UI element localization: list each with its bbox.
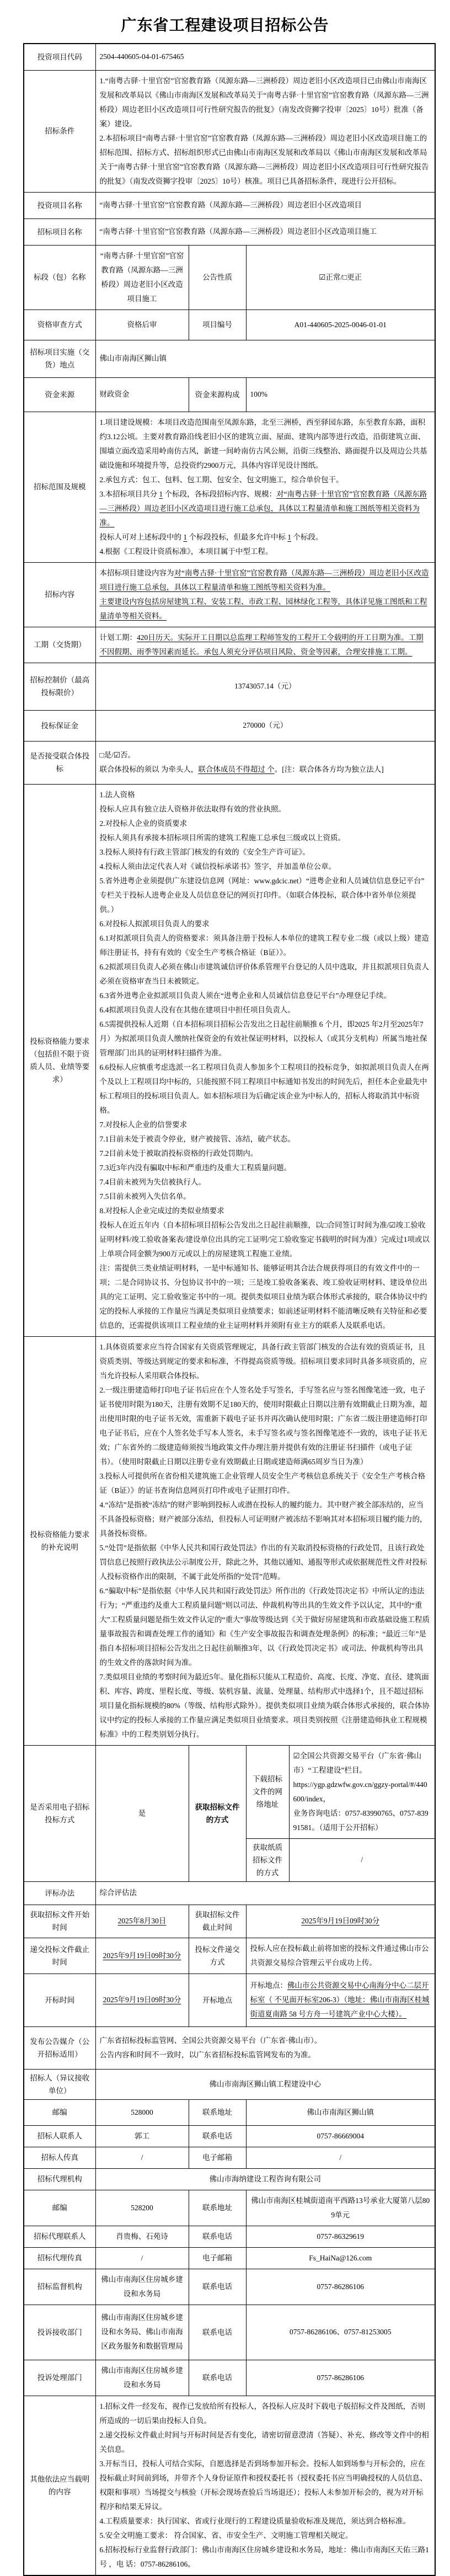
scope-text: 投标人可对上述标段中的 [100, 533, 184, 541]
table-row: 投标保证金 270000（元） [24, 710, 435, 741]
tender-project-name-value: “南粤古驿·十里官窑”官窑教育路（凤源东路—三洲桥段）周边老旧小区改造项目施工 [95, 218, 435, 245]
agency-value: 佛山市海纳建设工程咨询有限公司 [95, 2168, 435, 2190]
table-row: 招标代理机构 佛山市海纳建设工程咨询有限公司 [24, 2168, 435, 2190]
table-row: 招标条件 1.“南粤古驿·十里官窑”官窑教育路（凤源东路—三洲桥段）周边老旧小区… [24, 70, 435, 192]
project-code-value: 2504-440605-04-01-675465 [95, 44, 435, 70]
agency-email-value: Fs_HaiNa@126.com [246, 2247, 435, 2269]
agency-contact-label: 招标代理联系人 [24, 2226, 95, 2247]
evaluation-method-value: 综合评估法 [95, 1881, 435, 1905]
opening-time-date: 2025年9月19日09时30分 [103, 1996, 181, 2004]
tenderer-contact-value: 郭工 [95, 2125, 189, 2147]
complaint-receiving-phone-label: 联系电话 [189, 2305, 246, 2360]
qualification-review-value: 资格后审 [95, 310, 189, 340]
table-row: 是否接受联合体投标 □是/☑否。 联合体投标的须以 为牵头人，联合体成员不得超过… [24, 741, 435, 784]
supervision-phone-label: 联系电话 [189, 2269, 246, 2305]
funding-composition-value: 100% [246, 377, 435, 412]
tender-conditions-label: 招标条件 [24, 70, 95, 192]
tenderer-phone-value: 0757-86669004 [246, 2125, 435, 2147]
supervision-agency-label: 招标监督机构 [24, 2269, 95, 2305]
table-row: 获取招标文件开始时间 2025年8月30日 获取招标文件截止时间 2025年9月… [24, 1905, 435, 1938]
download-url-label: 下载招标文件的网络地址 [246, 1745, 289, 1838]
tenderer-contact-label: 招标人联系人 [24, 2125, 95, 2147]
table-row: 邮编 528200 联系地址 佛山市南海区桂城街道南平西路13号承业大厦第八层8… [24, 2190, 435, 2226]
tenderer-label: 招标人（异议接收单位） [24, 2069, 95, 2099]
submission-method-label: 投标文件递交方式 [189, 1938, 246, 1974]
table-row: 招标代理传真 / 电子邮箱 Fs_HaiNa@126.com [24, 2247, 435, 2269]
agency-email-label: 电子邮箱 [189, 2247, 246, 2269]
agency-address-value: 佛山市南海区桂城街道南平西路13号承业大厦第八层809单元 [246, 2190, 435, 2226]
tender-content-value: 本招标项目建设内容为对“南粤古驿·十里官窑”官窑教育路（凤源东路—三洲桥段）周边… [95, 562, 435, 627]
complaint-receiving-value: 佛山市南海区住房城乡建设和水务局、佛山市南海区政务服务和数据管理局 [95, 2305, 189, 2360]
funding-source-label: 资金来源 [24, 377, 95, 412]
complaint-handling-phone-value: 0757-86286106 [246, 2360, 435, 2396]
table-row: 标段（包）名称 “南粤古驿·十里官窑”官窑教育路（凤源东路—三洲桥段）周边老旧小… [24, 245, 435, 310]
table-row: 工期（交货期） 计划工期：420日历天。实际开工日期以总监理工程师签发的工程开工… [24, 627, 435, 663]
supplementary-notes-label: 投标资格能力要求的补充说明 [24, 1336, 95, 1745]
price-ceiling-value: 13743057.14（元） [95, 663, 435, 710]
qualification-requirements-value: 1.法人资格 投标人应具有独立法人资格并依法取得有效的营业执照。 2.对投标人企… [95, 784, 435, 1336]
scope-value: 1.项目建设规模：本项目改造范围南至凤源东路，北至三洲桥，西至驿园东路，东至教育… [95, 412, 435, 562]
submission-deadline-label: 递交投标文件截止时间 [24, 1938, 95, 1974]
opening-time-value: 2025年9月19日09时30分 [95, 1974, 189, 2026]
duration-label: 工期（交货期） [24, 627, 95, 663]
opening-venue-label: 开标地点 [189, 1974, 246, 2026]
tender-table: 投资项目代码 2504-440605-04-01-675465 招标条件 1.“… [23, 43, 436, 2576]
table-row: 招标人联系人 郭工 联系电话 0757-86669004 [24, 2125, 435, 2147]
delivery-location-value: 佛山市南海区狮山镇 [95, 340, 435, 377]
table-row: 资格审查方式 资格后审 项目编号 A01-440605-2025-0046-01… [24, 310, 435, 340]
consortium-text: 。[注：联合体各方均为独立法人] [275, 765, 384, 774]
supplementary-notes-value: 1.具体资质要求应当符合国家有关资质管理规定，具备行政主管部门核发的合法有效的资… [95, 1336, 435, 1745]
table-row: 招标监督机构 佛山市南海区住房城乡建设和水务局 联系电话 0757-862861… [24, 2269, 435, 2305]
tender-announcement-page: 广东省工程建设项目招标公告 投资项目代码 2504-440605-04-01-6… [0, 0, 450, 2576]
project-code-label: 投资项目代码 [24, 44, 95, 70]
tenderer-email-label: 电子邮箱 [189, 2147, 246, 2168]
e-tender-label: 是否采用电子招标投标方式 [24, 1745, 95, 1881]
agency-phone-value: 0757-86329619 [246, 2226, 435, 2247]
qualification-review-label: 资格审查方式 [24, 310, 95, 340]
investment-project-name-value: “南粤古驿·十里官窑”官窑教育路（凤源东路—三洲桥段）周边老旧小区改造项目 [95, 192, 435, 218]
duration-prefix: 计划工期： [100, 633, 137, 642]
complaint-receiving-phone-value: 0757-86286106、0757-81253005 [246, 2305, 435, 2360]
tenderer-email-value: / [246, 2147, 435, 2168]
table-row: 资金来源 财政资金 资金来源构成 100% [24, 377, 435, 412]
paper-documents-value: / [289, 1838, 435, 1881]
consortium-label: 是否接受联合体投标 [24, 741, 95, 784]
table-row: 投资项目代码 2504-440605-04-01-675465 [24, 44, 435, 70]
section-name-label: 标段（包）名称 [24, 245, 95, 310]
table-row: 投标资格能力要求的补充说明 1.具体资质要求应当符合国家有关资质管理规定，具备行… [24, 1336, 435, 1745]
agency-fax-value: / [95, 2247, 189, 2269]
opening-venue-value: 开标地点：佛山市公共资源交易中心南海分中心二层开标室（ 不见面开标室206-3）… [246, 1974, 435, 2026]
tenderer-address-label: 联系地址 [189, 2099, 246, 2125]
table-row: 开标时间 2025年9月19日09时30分 开标地点 开标地点：佛山市公共资源交… [24, 1974, 435, 2026]
bid-deposit-label: 投标保证金 [24, 710, 95, 741]
table-row: 其他依法应当载明的内容 1.招标文件一经发布，视作已发放给所有投标人，各投标人应… [24, 2396, 435, 2575]
complaint-receiving-label: 投诉接收部门 [24, 2305, 95, 2360]
supervision-agency-value: 佛山市南海区住房城乡建设和水务局 [95, 2269, 189, 2305]
notice-nature-checkbox-value: ☑正常/□更正 [246, 245, 435, 310]
investment-project-name-label: 投资项目名称 [24, 192, 95, 218]
consortium-underlined: 联合体成员不得超过 个 [198, 765, 274, 774]
table-row: 招标项目实施（交货）地点 佛山市南海区狮山镇 [24, 340, 435, 377]
agency-contact-value: 肖贵梅、石苑诗 [95, 2226, 189, 2247]
obtain-documents-method-label: 获取招标文件的方式 [189, 1745, 246, 1881]
announcement-media-label: 发布公告媒介（公开招标适用） [24, 2026, 95, 2069]
tenderer-zip-value: 528000 [95, 2099, 189, 2125]
page-title: 广东省工程建设项目招标公告 [0, 13, 450, 35]
obtain-deadline-label: 获取招标文件截止时间 [189, 1905, 246, 1938]
section-name-value: “南粤古驿·十里官窑”官窑教育路（凤源东路—三洲桥段）周边老旧小区改造项目施工 [95, 245, 189, 310]
table-row: 发布公告媒介（公开招标适用） 广东省招标投标监管网、全国公共资源交易平台（广东省… [24, 2026, 435, 2069]
download-url-value: ☑全国公共资源交易平台（广东省·佛山市）“工程建设”栏目。 https://yg… [289, 1745, 435, 1838]
table-row: 是否采用电子招标投标方式 是 获取招标文件的方式 下载招标文件的网络地址 ☑全国… [24, 1745, 435, 1838]
qualification-requirements-label: 投标资格能力要求（包括但不限于资质人员、业绩等要求） [24, 784, 95, 1336]
announcement-media-value: 广东省招标投标监管网、全国公共资源交易平台（广东省·佛山市）。 公告内容和时间不… [95, 2026, 435, 2069]
agency-fax-label: 招标代理传真 [24, 2247, 95, 2269]
scope-text: 1.项目建设规模：本项目改造范围南至凤源东路，北至三洲桥，西至驿园东路，东至教育… [100, 418, 427, 498]
table-row: 投诉处理部门 佛山市南海区住房城乡建设和水务局 联系电话 0757-862861… [24, 2360, 435, 2396]
agency-address-label: 联系地址 [189, 2190, 246, 2226]
scope-label: 招标范围及规模 [24, 412, 95, 562]
obtain-start-date: 2025年8月30日 [118, 1917, 167, 1925]
table-row: 招标代理联系人 肖贵梅、石苑诗 联系电话 0757-86329619 [24, 2226, 435, 2247]
submission-method-value: 投标人应在投标截止前将加密的投标文件通过佛山市公共资源交易综合管理云平台成功上传… [246, 1938, 435, 1974]
table-row: 投诉接收部门 佛山市南海区住房城乡建设和水务局、佛山市南海区政务服务和数据管理局… [24, 2305, 435, 2360]
obtain-deadline-value: 2025年9月19日09时30分 [246, 1905, 435, 1938]
table-row: 招标人传真 / 电子邮箱 / [24, 2147, 435, 2168]
table-row: 招标人（异议接收单位） 佛山市南海区狮山镇工程建设中心 [24, 2069, 435, 2099]
tender-conditions-value: 1.“南粤古驿·十里官窑”官窑教育路（凤源东路—三洲桥段）周边老旧小区改造项目已… [95, 70, 435, 192]
complaint-handling-label: 投诉处理部门 [24, 2360, 95, 2396]
table-row: 邮编 528000 联系地址 佛山市南海区狮山镇 [24, 2099, 435, 2125]
duration-underlined: 420日历天。实际开工日期以总监理工程师签发的工程开工令载明的开工日期为准。工期… [100, 633, 424, 656]
tenderer-fax-label: 招标人传真 [24, 2147, 95, 2168]
agency-zip-value: 528200 [95, 2190, 189, 2226]
table-row: 递交投标文件截止时间 2025年9月19日09时30分 投标文件递交方式 投标人… [24, 1938, 435, 1974]
tenderer-address-value: 佛山市南海区狮山镇 [246, 2099, 435, 2125]
complaint-handling-value: 佛山市南海区住房城乡建设和水务局 [95, 2360, 189, 2396]
agency-label: 招标代理机构 [24, 2168, 95, 2190]
tenderer-value: 佛山市南海区狮山镇工程建设中心 [95, 2069, 435, 2099]
obtain-start-time-value: 2025年8月30日 [95, 1905, 189, 1938]
opening-venue-prefix: 开标地点： [250, 1981, 288, 1990]
consortium-checkbox-value: □是/☑否。 联合体投标的须以 为牵头人，联合体成员不得超过 个。[注：联合体各… [95, 741, 435, 784]
price-ceiling-label: 招标控制价（最高投标限价） [24, 663, 95, 710]
other-required-content-label: 其他依法应当载明的内容 [24, 2396, 95, 2575]
project-number-value: A01-440605-2025-0046-01-01 [246, 310, 435, 340]
funding-source-value: 财政资金 [95, 377, 189, 412]
e-tender-value: 是 [95, 1745, 189, 1881]
table-row: 招标范围及规模 1.项目建设规模：本项目改造范围南至凤源东路，北至三洲桥，西至驿… [24, 412, 435, 562]
obtain-start-time-label: 获取招标文件开始时间 [24, 1905, 95, 1938]
delivery-location-label: 招标项目实施（交货）地点 [24, 340, 95, 377]
paper-documents-label: 获取纸质招标文件的方式 [246, 1838, 289, 1881]
table-row: 招标内容 本招标项目建设内容为对“南粤古驿·十里官窑”官窑教育路（凤源东路—三洲… [24, 562, 435, 627]
notice-nature-label: 公告性质 [189, 245, 246, 310]
tender-content-text: 本招标项目建设内容为 [100, 569, 174, 577]
evaluation-method-label: 评标办法 [24, 1881, 95, 1905]
table-row: 投标资格能力要求（包括但不限于资质人员、业绩等要求） 1.法人资格 投标人应具有… [24, 784, 435, 1336]
tender-content-underlined: 主要建设内容包括房屋建筑工程、安装工程、市政工程、园林绿化工程等，具体详见施工图… [100, 598, 427, 620]
tenderer-zip-label: 邮编 [24, 2099, 95, 2125]
tenderer-fax-value: / [95, 2147, 189, 2168]
other-required-content-value: 1.招标文件一经发布，视作已发放给所有投标人，各投标人应及时下载电子版招标文件及… [95, 2396, 435, 2575]
table-row: 投资项目名称 “南粤古驿·十里官窑”官窑教育路（凤源东路—三洲桥段）周边老旧小区… [24, 192, 435, 218]
agency-phone-label: 联系电话 [189, 2226, 246, 2247]
complaint-handling-phone-label: 联系电话 [189, 2360, 246, 2396]
scope-text: 个标段投标，但最多允许中标 [187, 533, 287, 541]
submission-deadline-value: 2025年9月19日09时30分 [95, 1938, 189, 1974]
opening-time-label: 开标时间 [24, 1974, 95, 2026]
supervision-phone-value: 0757-86286106 [246, 2269, 435, 2305]
tenderer-phone-label: 联系电话 [189, 2125, 246, 2147]
funding-composition-label: 资金来源构成 [189, 377, 246, 412]
table-row: 评标办法 综合评估法 [24, 1881, 435, 1905]
scope-text: 个标段，各标段招标内容、规模： [163, 490, 276, 498]
consortium-text: □是/☑否。 联合体投标的须以 为牵头人， [100, 751, 199, 774]
table-row: 招标控制价（最高投标限价） 13743057.14（元） [24, 663, 435, 710]
submission-deadline-date: 2025年9月19日09时30分 [103, 1951, 181, 1960]
obtain-deadline-date: 2025年9月19日09时30分 [301, 1917, 379, 1925]
tender-content-label: 招标内容 [24, 562, 95, 627]
bid-deposit-value: 270000（元） [95, 710, 435, 741]
agency-zip-label: 邮编 [24, 2190, 95, 2226]
duration-value: 计划工期：420日历天。实际开工日期以总监理工程师签发的工程开工令载明的开工日期… [95, 627, 435, 663]
table-row: 招标项目名称 “南粤古驿·十里官窑”官窑教育路（凤源东路—三洲桥段）周边老旧小区… [24, 218, 435, 245]
project-number-label: 项目编号 [189, 310, 246, 340]
tender-project-name-label: 招标项目名称 [24, 218, 95, 245]
